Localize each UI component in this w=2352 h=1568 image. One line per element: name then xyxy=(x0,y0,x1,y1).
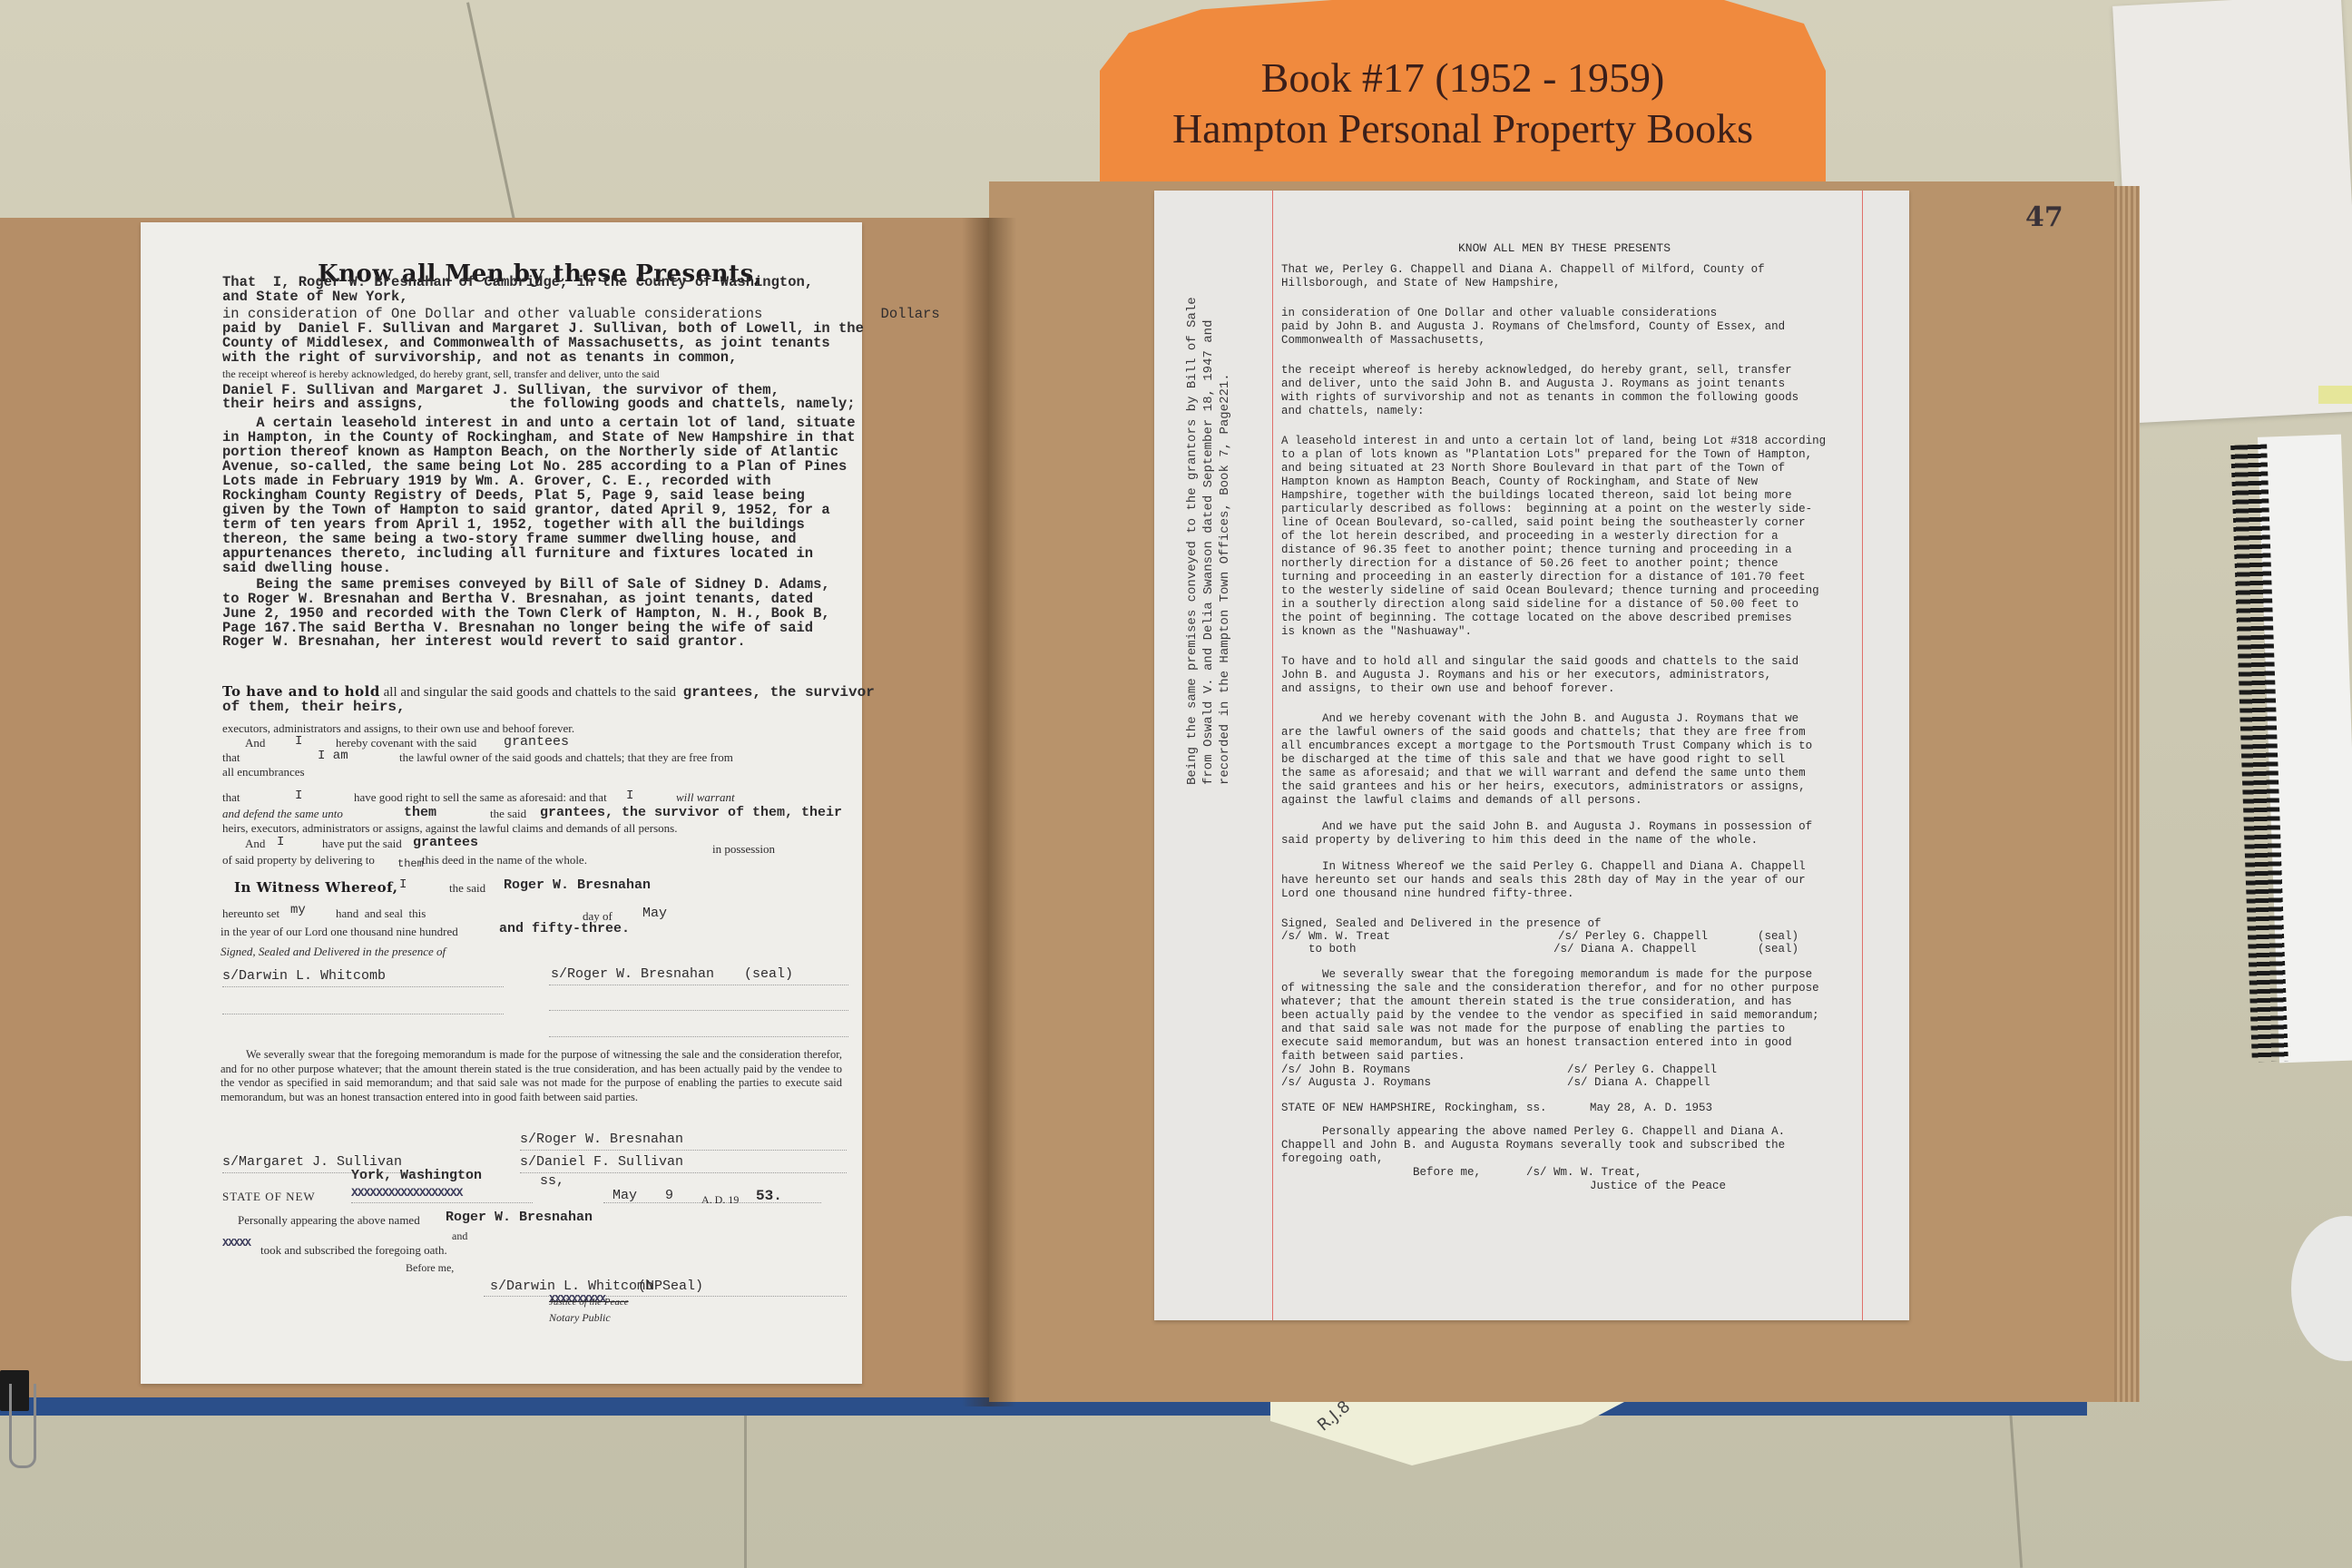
document-line: their heirs and assigns, the following g… xyxy=(222,396,856,412)
signature-line xyxy=(520,1150,847,1151)
witness-i: I xyxy=(399,877,407,892)
covenant-them: them xyxy=(404,805,436,820)
background-paper xyxy=(2112,0,2352,423)
jurat-appearing: Personally appearing the above named xyxy=(238,1213,420,1228)
witness-to-both: to both xyxy=(1281,943,1357,956)
covenant-i-2: I xyxy=(295,789,302,803)
jurat-jp-struck: Justice of the Peace xyxy=(549,1297,629,1308)
jurat-struck-text: XXXXXXXXXXXXXXXXXX xyxy=(351,1186,462,1200)
document-line: to a plan of lots known as "Plantation L… xyxy=(1281,448,1812,462)
document-line: the said grantees and his or her heirs, … xyxy=(1281,780,1806,794)
covenant-heirs: heirs, executors, administrators or assi… xyxy=(222,821,677,836)
document-line: Hampshire, together with the buildings l… xyxy=(1281,489,1792,503)
notary-signature: s/Darwin L. Whitcomb xyxy=(490,1279,653,1294)
oath-line: execute said memorandum, but was an hone… xyxy=(1281,1036,1792,1050)
jurat-year: 53. xyxy=(756,1188,782,1204)
document-line: turning and proceeding in an easterly di… xyxy=(1281,571,1806,584)
covenant-the-said: the said xyxy=(490,807,526,821)
document-line: And we have put the said John B. and Aug… xyxy=(1281,820,1812,834)
document-line: Lord one thousand nine hundred fifty-thr… xyxy=(1281,887,1574,901)
page-number: 47 xyxy=(2025,201,2063,233)
document-line: And we hereby covenant with the John B. … xyxy=(1281,712,1798,726)
covenant-grantees-2: grantees xyxy=(413,835,478,850)
signed-sealed-label: Signed, Sealed and Delivered in the pres… xyxy=(220,945,446,959)
jurat-state: STATE OF NEW HAMPSHIRE, Rockingham, ss. xyxy=(1281,1102,1547,1115)
bill-of-sale-right: KNOW ALL MEN BY THESE PRESENTS That we, … xyxy=(1154,191,1909,1320)
binder-clip-wire xyxy=(9,1384,36,1468)
covenant-good-right: have good right to sell the same as afor… xyxy=(354,790,607,805)
covenant-them-2: them xyxy=(397,857,424,870)
notary-seal: (NPSeal) xyxy=(638,1279,703,1294)
document-line: paid by John B. and Augusta J. Roymans o… xyxy=(1281,320,1785,334)
document-line: northerly direction for a distance of 50… xyxy=(1281,557,1779,571)
covenant-grantees: grantees xyxy=(504,734,569,750)
witness-heading: In Witness Whereof, xyxy=(234,879,398,896)
witness-signature: /s/ Wm. W. Treat xyxy=(1281,930,1390,944)
witness-month: May xyxy=(642,906,667,921)
signature-line xyxy=(549,985,848,985)
document-line: the receipt whereof is hereby acknowledg… xyxy=(222,367,660,381)
jurat-line: Chappell and John B. and Augusta Roymans… xyxy=(1281,1139,1785,1152)
signature-line xyxy=(520,1172,847,1173)
witness-year-typed: and fifty-three. xyxy=(499,921,630,936)
jurat-and: and xyxy=(452,1230,467,1243)
witness-signature: s/Darwin L. Whitcomb xyxy=(222,968,386,984)
document-title: KNOW ALL MEN BY THESE PRESENTS xyxy=(1458,241,1671,255)
jurat-month: May xyxy=(612,1188,637,1203)
oath-paragraph: We severally swear that the foregoing me… xyxy=(220,1048,842,1104)
margin-note: Being the same premises conveyed to the … xyxy=(1184,297,1233,785)
document-line: in a southerly direction along said side… xyxy=(1281,598,1798,612)
witness-hereunto: hereunto set xyxy=(222,906,279,921)
signature-line xyxy=(549,1036,848,1037)
oath-line: faith between said parties. xyxy=(1281,1050,1465,1063)
covenant-and: And xyxy=(245,736,265,750)
sticky-note xyxy=(2318,386,2352,404)
seal-mark: (seal) xyxy=(1758,930,1798,944)
document-line: and chattels, namely: xyxy=(1281,405,1425,418)
signature-line xyxy=(222,1014,504,1014)
covenant-owner: the lawful owner of the said goods and c… xyxy=(399,750,733,765)
signature-line xyxy=(484,1296,847,1297)
page-edges xyxy=(2114,186,2140,1402)
covenant-deed: this deed in the name of the whole. xyxy=(422,853,587,867)
signature-line xyxy=(222,986,504,987)
grantor-signature: s/Roger W. Bresnahan xyxy=(551,966,714,982)
grantor-seal: (seal) xyxy=(744,966,793,982)
seal-mark: (seal) xyxy=(1758,943,1798,956)
covenant-encumbrances: all encumbrances xyxy=(222,765,305,779)
document-line: the same as aforesaid; and that we will … xyxy=(1281,767,1806,780)
document-line: and being situated at 23 North Shore Bou… xyxy=(1281,462,1785,475)
document-line: A leasehold interest in and unto a certa… xyxy=(1281,435,1826,448)
oath-signature-daniel: s/Daniel F. Sullivan xyxy=(520,1154,683,1170)
covenant-grantees-survivor: grantees, the survivor of them, their xyxy=(540,805,842,820)
document-line: Commonwealth of Massachusetts, xyxy=(1281,334,1485,348)
oath-signature-john: /s/ John B. Roymans xyxy=(1281,1063,1411,1077)
book-label-subtitle: Hampton Personal Property Books xyxy=(1100,103,1826,154)
document-line: said property by delivering to him this … xyxy=(1281,834,1758,848)
oath-signature-diana: /s/ Diana A. Chappell xyxy=(1567,1076,1710,1090)
jurat-ss: ss, xyxy=(540,1173,564,1189)
document-line: against the lawful claims and demands of… xyxy=(1281,794,1642,808)
covenant-warrant: will warrant xyxy=(676,790,735,805)
covenant-i-4: I xyxy=(277,835,284,849)
covenant-that-2: that xyxy=(222,790,240,805)
witness-hand: hand and seal this xyxy=(336,906,426,921)
document-line: have hereunto set our hands and seals th… xyxy=(1281,874,1806,887)
document-line: with rights of survivorship and not as t… xyxy=(1281,391,1798,405)
oath-signature-augusta: /s/ Augusta J. Roymans xyxy=(1281,1076,1431,1090)
jurat-state: STATE OF NEW xyxy=(222,1190,316,1204)
document-line: and deliver, unto the said John B. and A… xyxy=(1281,377,1785,391)
jurat-appearing-name: Roger W. Bresnahan xyxy=(446,1210,593,1225)
document-line: John B. and Augusta J. Roymans and his o… xyxy=(1281,669,1771,682)
oath-line: of witnessing the sale and the considera… xyxy=(1281,982,1819,995)
document-line: with the right of survivorship, and not … xyxy=(222,349,737,366)
margin-line-left xyxy=(1272,191,1273,1320)
jurat-line: Personally appearing the above named Per… xyxy=(1281,1125,1785,1139)
jurat-signature: /s/ Wm. W. Treat, xyxy=(1526,1166,1642,1180)
signed-sealed-label: Signed, Sealed and Delivered in the pres… xyxy=(1281,917,1602,931)
witness-the-said: the said xyxy=(449,881,485,896)
document-line: all encumbrances except a mortgage to th… xyxy=(1281,740,1812,753)
book-label-title: Book #17 (1952 - 1959) xyxy=(1100,53,1826,103)
book-label-text: Book #17 (1952 - 1959) Hampton Personal … xyxy=(1100,53,1826,154)
document-line: To have and to hold all and singular the… xyxy=(1281,655,1798,669)
oath-signature-perley: /s/ Perley G. Chappell xyxy=(1567,1063,1717,1077)
jurat-day: 9 xyxy=(665,1188,673,1203)
covenant-defend: and defend the same unto xyxy=(222,807,343,821)
signature-line xyxy=(549,1010,848,1011)
document-line: said dwelling house. xyxy=(222,560,391,576)
jurat-ad: A. D. 19 xyxy=(701,1193,739,1207)
jurat-took: took and subscribed the foregoing oath. xyxy=(260,1243,447,1258)
oath-line: been actually paid by the vendee to the … xyxy=(1281,1009,1819,1023)
jurat-struck-severally: XXXXX xyxy=(222,1237,250,1249)
covenant-possession: in possession xyxy=(712,842,775,857)
document-line: be discharged at the time of this sale a… xyxy=(1281,753,1785,767)
jurat-before: Before me, xyxy=(406,1261,454,1275)
jurat-county: York, Washington xyxy=(351,1168,482,1183)
document-line: to the westerly sideline of said Ocean B… xyxy=(1281,584,1819,598)
oath-line: whatever; that the amount therein stated… xyxy=(1281,995,1792,1009)
witness-name: Roger W. Bresnahan xyxy=(504,877,651,893)
document-line: line of Ocean Boulevard, so-called, said… xyxy=(1281,516,1806,530)
jurat-line: foregoing oath, xyxy=(1281,1152,1384,1166)
document-line: the point of beginning. The cottage loca… xyxy=(1281,612,1792,625)
document-line: Hillsborough, and State of New Hampshire… xyxy=(1281,277,1561,290)
habendum-typed: of them, their heirs, xyxy=(222,699,406,715)
document-line: Hampton known as Hampton Beach, County o… xyxy=(1281,475,1758,489)
covenant-and-2: And xyxy=(245,837,265,851)
document-line: the receipt whereof is hereby acknowledg… xyxy=(1281,364,1792,377)
document-line: is known as the "Nashuaway". xyxy=(1281,625,1472,639)
jurat-notary-public: Notary Public xyxy=(549,1311,611,1325)
covenant-text: hereby covenant with the said xyxy=(336,736,476,750)
covenant-i-3: I xyxy=(626,789,633,803)
bill-of-sale-left: Know all Men by these Presents, That I, … xyxy=(141,222,862,1384)
document-line: in consideration of One Dollar and other… xyxy=(1281,307,1717,320)
book-gutter xyxy=(962,218,1016,1406)
document-line: and State of New York, xyxy=(222,289,408,305)
table-seam xyxy=(744,1416,747,1568)
covenant-that: that xyxy=(222,750,240,765)
covenant-put: have put the said xyxy=(322,837,402,851)
covenant-i: I xyxy=(295,734,302,749)
jurat-date: May 28, A. D. 1953 xyxy=(1590,1102,1712,1115)
document-line: Roger W. Bresnahan, her interest would r… xyxy=(222,633,746,650)
jurat-line xyxy=(351,1202,533,1203)
witness-year-text: in the year of our Lord one thousand nin… xyxy=(220,925,458,939)
oath-line: and that said sale was not made for the … xyxy=(1281,1023,1785,1036)
document-line: are the lawful owners of the said goods … xyxy=(1281,726,1806,740)
document-line: of the lot herein described, and proceed… xyxy=(1281,530,1779,544)
covenant-i-am: I am xyxy=(318,749,348,763)
document-line: That we, Perley G. Chappell and Diana A.… xyxy=(1281,263,1765,277)
oath-signature-bresnahan: s/Roger W. Bresnahan xyxy=(520,1132,683,1147)
document-line: In Witness Whereof we the said Perley G.… xyxy=(1281,860,1806,874)
document-line: distance of 96.35 feet to another point;… xyxy=(1281,544,1792,557)
oath-line: We severally swear that the foregoing me… xyxy=(1281,968,1812,982)
grantor-signature-diana: /s/ Diana A. Chappell xyxy=(1553,943,1697,956)
covenant-delivering: of said property by delivering to xyxy=(222,853,375,867)
jurat-before: Before me, xyxy=(1413,1166,1481,1180)
grantor-signature-perley: /s/ Perley G. Chappell xyxy=(1558,930,1708,944)
witness-my: my xyxy=(290,903,306,917)
jurat-title: Justice of the Peace xyxy=(1590,1180,1726,1193)
document-line: particularly described as follows: begin… xyxy=(1281,503,1812,516)
document-line: and assigns, to their own use and behoof… xyxy=(1281,682,1615,696)
margin-line-right xyxy=(1862,191,1863,1320)
